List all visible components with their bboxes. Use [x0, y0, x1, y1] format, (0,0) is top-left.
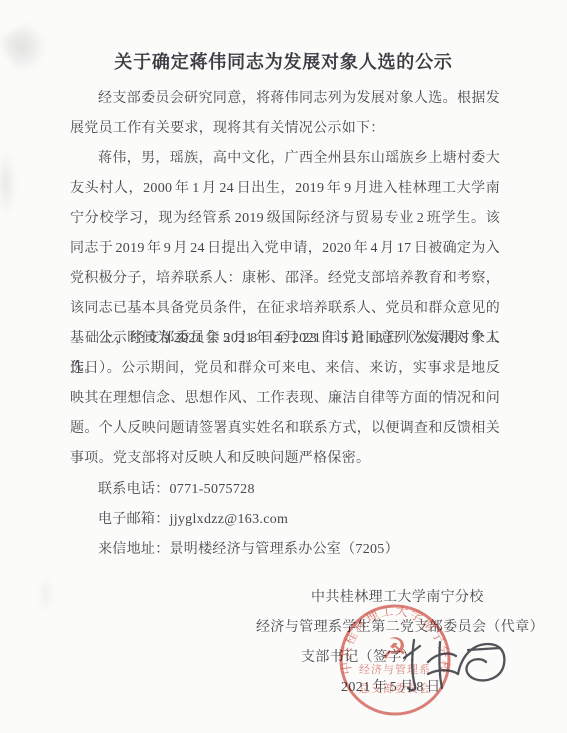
paragraph-publicity-period: 公示时间为 2021 年 5 月 8 日至 2021 年 5 月 13 日（公示… — [70, 324, 500, 474]
scan-smudge — [38, 574, 54, 614]
handwritten-signature — [398, 628, 513, 696]
paragraph-intro: 经支部委员会研究同意，将蒋伟同志列为发展对象人选。根据发展党员工作有关要求，现将… — [70, 84, 500, 144]
scanned-notice-document: 关于确定蒋伟同志为发展对象人选的公示 经支部委员会研究同意，将蒋伟同志列为发展对… — [0, 0, 567, 733]
contact-phone: 联系电话：0771-5075728 — [70, 475, 500, 505]
contact-email: 电子邮箱：jjyglxdzz@163.com — [70, 505, 500, 535]
contact-mail-address: 来信地址：景明楼经济与管理系办公室（7205） — [70, 535, 500, 565]
page-title: 关于确定蒋伟同志为发展对象人选的公示 — [0, 48, 567, 74]
scan-smudge — [0, 148, 16, 218]
